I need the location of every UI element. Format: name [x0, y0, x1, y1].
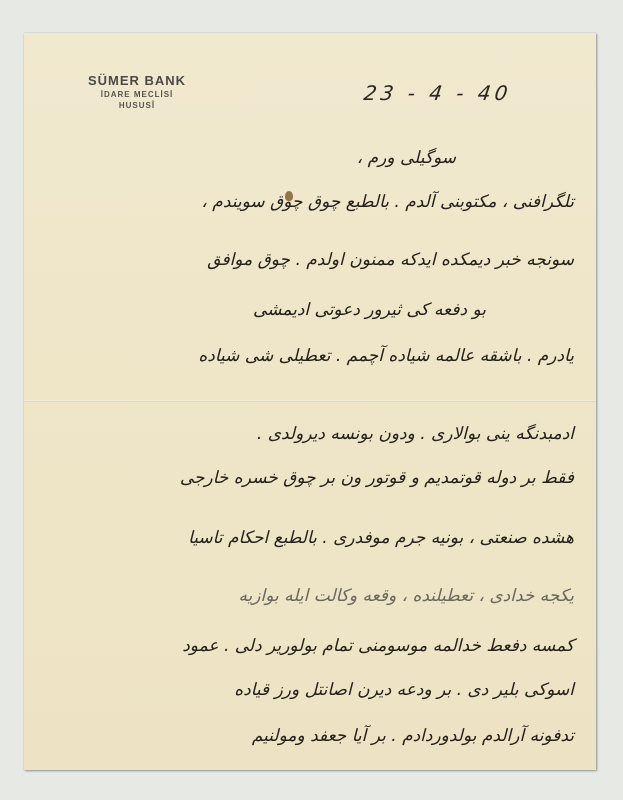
letter-paper: SÜMER BANK İDARE MECLİSİ HUSUSÎ 23 - 4 -…	[24, 33, 596, 770]
handwritten-line: بو دفعه کی ثیرور دعوتی ادیمشی	[253, 300, 486, 320]
letterhead-title: SÜMER BANK	[52, 73, 222, 89]
letterhead-line-2: HUSUSÎ	[52, 100, 222, 111]
handwritten-line: سوگيلی ورم ،	[357, 148, 456, 168]
handwritten-line: تلگرافنی ، مکتوبنی آلدم . بالطبع چوق چوق…	[201, 192, 574, 212]
handwritten-line: کمسه دفعط خدالمه موسومنی تمام بولوریر دل…	[182, 636, 574, 656]
handwritten-date: 23 - 4 - 40	[362, 81, 565, 105]
handwritten-line: هشده صنعتی ، بونیه جرم موفدری . بالطبع ا…	[188, 528, 574, 548]
handwritten-line: اسوکی بلیر دی . بر ودعه دیرن اصانتل ورز …	[234, 680, 574, 700]
handwritten-line: یادرم . باشقه عالمه شیاده آچمم . تعطیلی …	[198, 346, 574, 366]
letterhead: SÜMER BANK İDARE MECLİSİ HUSUSÎ	[52, 73, 222, 111]
handwritten-line: سونجه خبر دیمکده ایدکه ممنون اولدم . چوق…	[207, 250, 574, 270]
handwritten-line: ادمبدنگه ینی بوالاری . ودون بونسه دیرولد…	[257, 424, 574, 444]
handwritten-line: تدفونه آرالدم بولدوردادم . بر آیا جعفد و…	[252, 726, 574, 746]
handwritten-line: فقط بر دوله قوتمدیم و قوتور ون بر چوق خس…	[180, 468, 574, 488]
letterhead-line-1: İDARE MECLİSİ	[52, 89, 222, 100]
fold-crease	[24, 400, 596, 402]
handwritten-line: یکجه خدادی ، تعطیلنده ، وقعه وکالت ایله …	[238, 586, 574, 606]
